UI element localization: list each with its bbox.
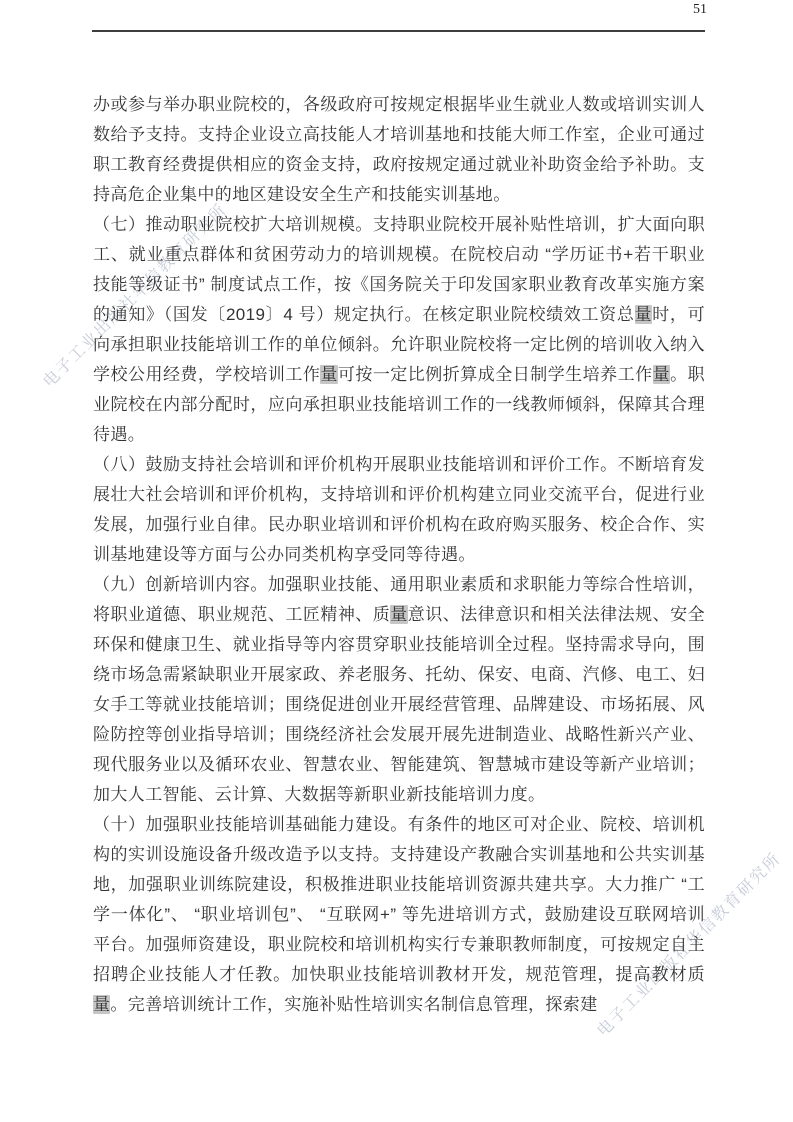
paragraph: （八）鼓励支持社会培训和评价机构开展职业技能培训和评价工作。不断培育发展壮大社会… xyxy=(93,450,705,570)
document-body: 办或参与举办职业院校的，各级政府可按规定根据毕业生就业人数或培训实训人数给予支持… xyxy=(93,90,705,1020)
paragraph: 办或参与举办职业院校的，各级政府可按规定根据毕业生就业人数或培训实训人数给予支持… xyxy=(93,90,705,210)
search-highlight: 量 xyxy=(635,305,653,324)
header-divider xyxy=(92,30,705,32)
paragraph: （十）加强职业技能培训基础能力建设。有条件的地区可对企业、院校、培训机构的实训设… xyxy=(93,810,705,1020)
page-number: 51 xyxy=(693,2,707,18)
search-highlight: 量 xyxy=(320,365,338,384)
search-highlight: 量 xyxy=(390,605,408,624)
search-highlight: 量 xyxy=(93,995,110,1014)
search-highlight: 量 xyxy=(653,365,671,384)
document-page: 51 电子工业出版社华信教育研究所 电子工业出版社华信教育研究所 办或参与举办职… xyxy=(0,0,793,1122)
paragraph: （九）创新培训内容。加强职业技能、通用职业素质和求职能力等综合性培训，将职业道德… xyxy=(93,570,705,810)
paragraph: （七）推动职业院校扩大培训规模。支持职业院校开展补贴性培训，扩大面向职工、就业重… xyxy=(93,210,705,450)
